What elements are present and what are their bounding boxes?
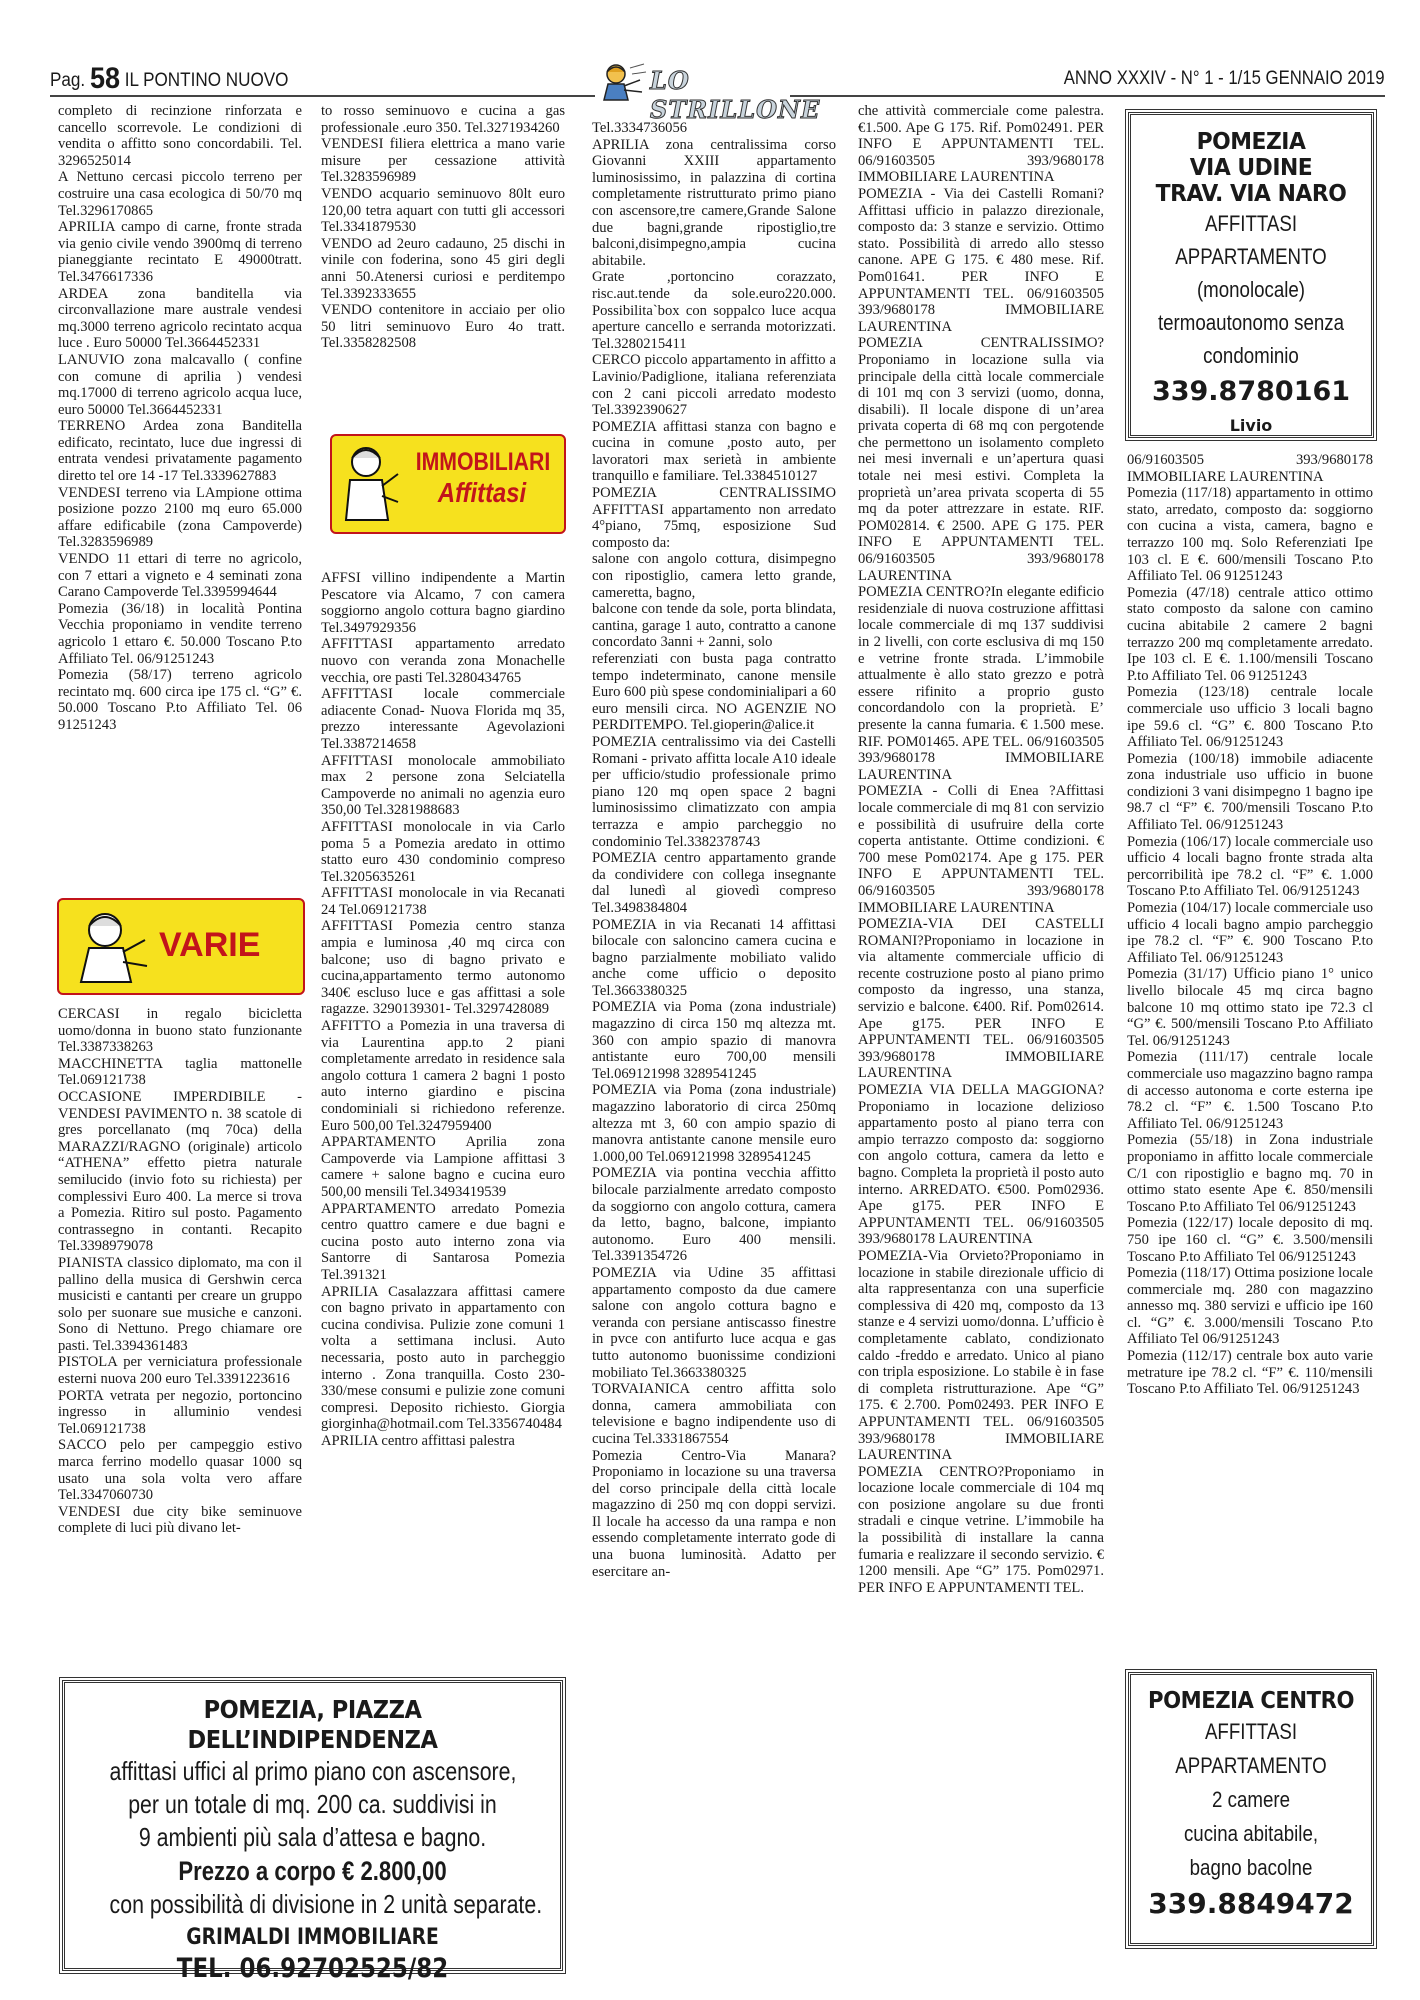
logo-text: LO STRILLONE bbox=[650, 66, 820, 124]
ad-line: AFFITTASI bbox=[1149, 207, 1353, 240]
classified-ad: che attività commerciale come palestra. … bbox=[858, 103, 1104, 186]
ad-phone: 339.8780161 Livio bbox=[1131, 376, 1371, 438]
ad-line: per un totale di mq. 200 ca. suddivisi i… bbox=[110, 1788, 516, 1821]
ad-agency: GRIMALDI IMMOBILIARE bbox=[102, 1923, 523, 1953]
display-ad-via-udine: POMEZIA VIA UDINE TRAV. VIA NARO AFFITTA… bbox=[1128, 112, 1374, 438]
classified-ad: 06/91603505 393/9680178 IMMOBILIARE LAUR… bbox=[1127, 452, 1373, 485]
classified-ad: OCCASIONE IMPERDIBILE - VENDESI PAVIMENT… bbox=[58, 1089, 302, 1255]
ad-phone: 339.8849472 bbox=[1131, 1887, 1371, 1920]
classified-ad: APPARTAMENTO Aprilia zona Campoverde via… bbox=[321, 1134, 565, 1200]
classified-ad: POMEZIA centralissimo via dei Castelli R… bbox=[592, 734, 836, 850]
column-1-varie: CERCASI in regalo bicicletta uomo/donna … bbox=[58, 1006, 302, 1537]
classified-ad: A Nettuno cercasi piccolo terreno per co… bbox=[58, 169, 302, 219]
ad-price: Prezzo a corpo € 2.800,00 bbox=[110, 1854, 516, 1888]
classified-ad: PORTA vetrata per negozio, portoncino in… bbox=[58, 1388, 302, 1438]
column-4: che attività commerciale come palestra. … bbox=[858, 103, 1104, 1596]
column-2-vendo: to rosso seminuovo e cucina a gas profes… bbox=[321, 103, 565, 352]
classified-ad: VENDO 11 ettari di terre no agricolo, co… bbox=[58, 551, 302, 601]
classified-ad: POMEZIA VIA DELLA MAGGIONA?Proponiamo in… bbox=[858, 1082, 1104, 1248]
display-ad-pomezia-centro: POMEZIA CENTRO AFFITTASI APPARTAMENTO 2 … bbox=[1128, 1672, 1374, 1946]
page-prefix: Pag. bbox=[50, 70, 85, 91]
ad-line: affittasi uffici al primo piano con asce… bbox=[110, 1755, 516, 1788]
ad-line: 9 ambienti più sala d’attesa e bagno. bbox=[110, 1821, 516, 1854]
ad-line: APPARTAMENTO bbox=[1149, 1749, 1353, 1783]
classified-ad: POMEZIA-VIA DEI CASTELLI ROMANI?Proponia… bbox=[858, 916, 1104, 1082]
classified-ad: VENDESI filiera elettrica a mano varie m… bbox=[321, 136, 565, 186]
classified-ad: Pomezia (123/18) centrale locale commerc… bbox=[1127, 684, 1373, 750]
classified-ad: completo di recinzione rinforzata e canc… bbox=[58, 103, 302, 169]
display-ad-piazza-indipendenza: POMEZIA, PIAZZA DELL’INDIPENDENZA affitt… bbox=[62, 1680, 563, 1971]
ad-line: AFFITTASI bbox=[1149, 1715, 1353, 1749]
classified-ad: AFFITTO a Pomezia in una traversa di via… bbox=[321, 1018, 565, 1134]
section-title-varie: VARIE bbox=[159, 926, 260, 965]
header-rule-left bbox=[50, 95, 595, 97]
classified-ad: balcone con tende da sole, porta blindat… bbox=[592, 601, 836, 651]
column-5: 06/91603505 393/9680178 IMMOBILIARE LAUR… bbox=[1127, 452, 1373, 1398]
ad-line: APPARTAMENTO bbox=[1149, 240, 1353, 273]
classified-ad: Pomezia Centro-Via Manara?Proponiamo in … bbox=[592, 1448, 836, 1581]
ad-line: condominio bbox=[1149, 339, 1353, 372]
classified-ad: VENDO acquario seminuovo 80lt euro 120,0… bbox=[321, 186, 565, 236]
classified-ad: APPARTAMENTO arredato Pomezia centro qua… bbox=[321, 1201, 565, 1284]
classified-ad: Pomezia (112/17) centrale box auto varie… bbox=[1127, 1348, 1373, 1398]
lo-strillone-logo: LO STRILLONE bbox=[588, 60, 793, 106]
classified-ad: POMEZIA - Colli di Enea ?Affittasi local… bbox=[858, 783, 1104, 916]
ad-headline-line: TRAV. VIA NARO bbox=[1137, 181, 1365, 207]
classified-ad: AFFITTASI monolocale ammobiliato max 2 p… bbox=[321, 753, 565, 819]
publication-name: IL PONTINO NUOVO bbox=[125, 70, 289, 91]
column-3: Tel.3334736056 APRILIA zona centralissim… bbox=[592, 120, 836, 1580]
classified-ad: POMEZIA CENTRO?Proponiamo in locazione l… bbox=[858, 1464, 1104, 1597]
ad-phone-number: 339.8780161 bbox=[1152, 376, 1350, 407]
classified-ad: POMEZIA via pontina vecchia affitto bilo… bbox=[592, 1165, 836, 1265]
classified-ad: PIANISTA classico diplomato, ma con il p… bbox=[58, 1255, 302, 1355]
classified-ad: CERCO piccolo appartamento in affitto a … bbox=[592, 352, 836, 418]
classified-ad: POMEZIA via Poma (zona industriale) maga… bbox=[592, 999, 836, 1082]
section-banner-varie: VARIE bbox=[57, 898, 305, 995]
section-banner-immobiliari-affittasi: IMMOBILIARI Affittasi bbox=[330, 434, 566, 534]
ad-line: cucina abitabile, bbox=[1149, 1817, 1353, 1851]
ad-line: termoautonomo senza bbox=[1149, 306, 1353, 339]
classified-ad: TORVAIANICA centro affitta solo donna, c… bbox=[592, 1381, 836, 1447]
classified-ad: POMEZIA CENTRALISSIMO AFFITTASI appartam… bbox=[592, 485, 836, 551]
classified-ad: Pomezia (118/17) Ottima posizione locale… bbox=[1127, 1265, 1373, 1348]
ad-contact-name: Livio bbox=[1230, 416, 1273, 435]
header-rule-right bbox=[790, 95, 1385, 97]
classified-ad: referenziati con busta paga contratto te… bbox=[592, 651, 836, 734]
classified-ad: VENDO contenitore in acciaio per olio 50… bbox=[321, 302, 565, 352]
newsboy-icon bbox=[65, 904, 151, 988]
page-number: 58 bbox=[90, 62, 120, 95]
classified-ad: POMEZIA via Udine 35 affittasi appartame… bbox=[592, 1265, 836, 1381]
classified-ad: Pomezia (55/18) in Zona industriale prop… bbox=[1127, 1132, 1373, 1215]
classified-ad: Grate ,portoncino corazzato, risc.aut.te… bbox=[592, 269, 836, 352]
section-title-line1: IMMOBILIARI bbox=[416, 448, 549, 476]
ad-phone: TEL. 06.92702525/82 bbox=[102, 1953, 523, 1985]
ad-headline: POMEZIA VIA UDINE TRAV. VIA NARO bbox=[1137, 129, 1365, 207]
classified-ad: AFFITTASI monolocale in via Carlo poma 5… bbox=[321, 819, 565, 885]
classified-ad: SACCO pelo per campeggio estivo marca fe… bbox=[58, 1437, 302, 1503]
ad-line: (monolocale) bbox=[1149, 273, 1353, 306]
issue-info: ANNO XXXIV - N° 1 - 1/15 GENNAIO 2019 bbox=[1064, 62, 1385, 96]
ad-line: con possibilità di divisione in 2 unità … bbox=[110, 1888, 516, 1921]
ad-headline-line: VIA UDINE bbox=[1137, 155, 1365, 181]
classified-ad: APRILIA Casalazzara affittasi camere con… bbox=[321, 1284, 565, 1433]
classified-ad: AFFITTASI appartamento arredato nuovo co… bbox=[321, 636, 565, 686]
classified-ad: POMEZIA in via Recanati 14 affittasi bil… bbox=[592, 917, 836, 1000]
section-title-immobiliari: IMMOBILIARI Affittasi bbox=[416, 448, 549, 510]
page-label: Pag. 58 IL PONTINO NUOVO bbox=[50, 62, 288, 98]
classified-ad: APRILIA centro affittasi palestra bbox=[321, 1433, 565, 1450]
classified-ad: POMEZIA CENTRALISSIMO?Proponiamo in loca… bbox=[858, 335, 1104, 584]
classified-ad: POMEZIA - Via dei Castelli Romani?Affitt… bbox=[858, 186, 1104, 335]
classified-ad: Pomezia (100/18) immobile adiacente zona… bbox=[1127, 751, 1373, 834]
classified-ad: APRILIA zona centralissima corso Giovann… bbox=[592, 137, 836, 270]
classified-ad: Pomezia (47/18) centrale attico ottimo s… bbox=[1127, 585, 1373, 685]
classified-ad: Pomezia (111/17) centrale locale commerc… bbox=[1127, 1049, 1373, 1132]
column-2-affittasi: AFFSI villino indipendente a Martin Pesc… bbox=[321, 570, 565, 1449]
section-title-line2: Affittasi bbox=[416, 476, 549, 510]
classified-ad: AFFITTASI Pomezia centro stanza ampia e … bbox=[321, 918, 565, 1018]
classified-ad: Pomezia (106/17) locale commerciale uso … bbox=[1127, 834, 1373, 900]
column-1-terreni: completo di recinzione rinforzata e canc… bbox=[58, 103, 302, 734]
classified-ad: POMEZIA affittasi stanza con bagno e cuc… bbox=[592, 419, 836, 485]
classified-ad: PISTOLA per verniciatura professionale e… bbox=[58, 1354, 302, 1387]
ad-line: bagno bacolne bbox=[1149, 1851, 1353, 1885]
classified-ad: ARDEA zona banditella via circonvallazio… bbox=[58, 286, 302, 352]
classified-ad: MACCHINETTA taglia mattonelle Tel.069121… bbox=[58, 1056, 302, 1089]
ad-headline: POMEZIA CENTRO bbox=[1141, 1687, 1362, 1715]
classified-ad: POMEZIA via Poma (zona industriale) maga… bbox=[592, 1082, 836, 1165]
classified-ad: Pomezia (104/17) locale commerciale uso … bbox=[1127, 900, 1373, 966]
classified-ad: AFFSI villino indipendente a Martin Pesc… bbox=[321, 570, 565, 636]
newsboy-icon bbox=[594, 60, 648, 106]
classified-ad: Pomezia (117/18) appartamento in ottimo … bbox=[1127, 485, 1373, 585]
classified-ad: AFFITTASI locale commerciale adiacente C… bbox=[321, 686, 565, 752]
ad-headline-line: POMEZIA bbox=[1137, 129, 1365, 155]
classified-ad: POMEZIA-Via Orvieto?Proponiamo in locazi… bbox=[858, 1248, 1104, 1464]
classified-ad: POMEZIA CENTRO?In elegante edificio resi… bbox=[858, 584, 1104, 783]
newsboy-icon bbox=[336, 440, 402, 526]
classified-ad: Pomezia (58/17) terreno agricolo recinta… bbox=[58, 667, 302, 733]
classified-ad: to rosso seminuovo e cucina a gas profes… bbox=[321, 103, 565, 136]
ad-headline: POMEZIA, PIAZZA DELL’INDIPENDENZA bbox=[90, 1695, 536, 1755]
ad-line: 2 camere bbox=[1149, 1783, 1353, 1817]
classified-ad: APRILIA campo di carne, fronte strada vi… bbox=[58, 219, 302, 285]
classified-ad: VENDO ad 2euro cadauno, 25 dischi in vin… bbox=[321, 236, 565, 302]
classified-ad: Pomezia (31/17) Ufficio piano 1° unico l… bbox=[1127, 966, 1373, 1049]
classified-ad: VENDESI due city bike seminuove complete… bbox=[58, 1504, 302, 1537]
classified-ad: salone con angolo cottura, disimpegno co… bbox=[592, 551, 836, 601]
classified-ad: CERCASI in regalo bicicletta uomo/donna … bbox=[58, 1006, 302, 1056]
classified-ad: AFFITTASI monolocale in via Recanati 24 … bbox=[321, 885, 565, 918]
classified-ad: POMEZIA centro appartamento grande da co… bbox=[592, 850, 836, 916]
classified-ad: Pomezia (122/17) locale deposito di mq. … bbox=[1127, 1215, 1373, 1265]
classified-ad: TERRENO Ardea zona Banditella edificato,… bbox=[58, 418, 302, 484]
classified-ad: LANUVIO zona malcavallo ( confine con co… bbox=[58, 352, 302, 418]
classified-ad: Tel.3334736056 bbox=[592, 120, 836, 137]
classified-ad: Pomezia (36/18) in località Pontina Vecc… bbox=[58, 601, 302, 667]
classified-ad: VENDESI terreno via LAmpione ottima posi… bbox=[58, 485, 302, 551]
